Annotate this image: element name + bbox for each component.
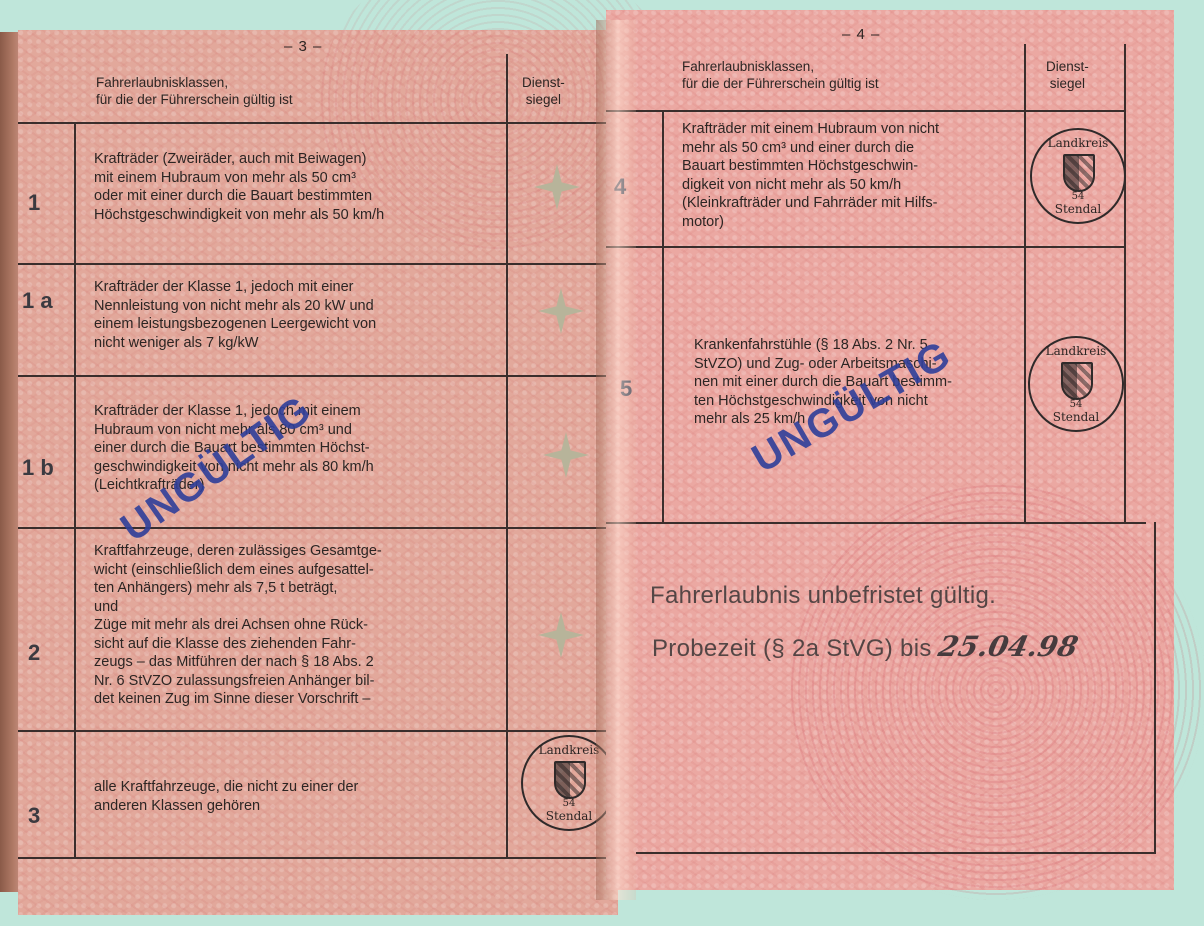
class-label: 3 <box>28 803 40 829</box>
probation-label: Probezeit (§ 2a StVG) bis <box>652 635 932 662</box>
divider <box>18 857 618 859</box>
column-header-seal: Dienst- siegel <box>1046 58 1089 92</box>
divider <box>18 730 618 732</box>
divider <box>662 110 664 522</box>
class-description: Krafträder (Zweiräder, auch mit Beiwagen… <box>94 150 494 224</box>
guilloche-rosette <box>786 480 1204 900</box>
coat-of-arms-icon <box>554 761 586 799</box>
seal-bottom-text: Stendal <box>1032 202 1124 216</box>
class-label: 1 a <box>22 288 53 314</box>
divider <box>606 110 1126 112</box>
seal-bottom-text: Stendal <box>1030 410 1122 424</box>
validity-stamp-line1: Fahrerlaubnis unbefristet gültig. <box>650 582 996 610</box>
punched-star-icon <box>538 612 584 658</box>
coat-of-arms-icon <box>1061 362 1093 400</box>
seal-top-text: Landkreis <box>1032 136 1124 150</box>
divider <box>1154 522 1156 852</box>
column-header-seal: Dienst- siegel <box>522 74 565 108</box>
column-header-classes: Fahrerlaubnisklassen, für die der Führer… <box>96 74 293 108</box>
seal-top-text: Landkreis <box>1030 344 1122 358</box>
divider <box>506 54 508 857</box>
seal-number: 54 <box>1030 399 1122 410</box>
class-description: alle Kraftfahrzeuge, die nicht zu einer … <box>94 778 514 815</box>
divider <box>1024 44 1026 522</box>
class-label: 2 <box>28 640 40 666</box>
class-description: Kraftfahrzeuge, deren zulässiges Gesamtg… <box>94 542 494 709</box>
divider <box>606 246 1126 248</box>
page-4: – 4 – Fahrerlaubnisklassen, für die der … <box>606 10 1174 890</box>
column-header-classes: Fahrerlaubnisklassen, für die der Führer… <box>682 58 879 92</box>
class-label: 1 <box>28 190 40 216</box>
page-3: – 3 – Fahrerlaubnisklassen, für die der … <box>18 30 618 915</box>
validity-stamp-line2: Probezeit (§ 2a StVG) bis 25.04.98 <box>652 630 1077 663</box>
booklet-fold <box>596 20 636 900</box>
official-seal-stamp: Landkreis 54 Stendal <box>1030 128 1126 224</box>
coat-of-arms-icon <box>1063 154 1095 192</box>
divider <box>18 263 618 265</box>
punched-star-icon <box>538 288 584 334</box>
divider <box>18 375 618 377</box>
divider <box>18 122 618 124</box>
page-number: – 4 – <box>842 26 880 43</box>
class-label: 1 b <box>22 455 54 481</box>
punched-star-icon <box>543 432 589 478</box>
official-seal-stamp: Landkreis 54 Stendal <box>1028 336 1124 432</box>
divider <box>18 527 618 529</box>
seal-number: 54 <box>1032 191 1124 202</box>
divider <box>606 522 1146 524</box>
handwritten-date: 25.04.98 <box>935 630 1081 663</box>
divider <box>1124 44 1126 522</box>
class-description: Krafträder mit einem Hubraum von nicht m… <box>682 120 1012 231</box>
divider <box>636 852 1156 854</box>
divider <box>74 122 76 857</box>
class-description: Krafträder der Klasse 1, jedoch mit eine… <box>94 278 494 352</box>
page-number: – 3 – <box>284 38 322 55</box>
